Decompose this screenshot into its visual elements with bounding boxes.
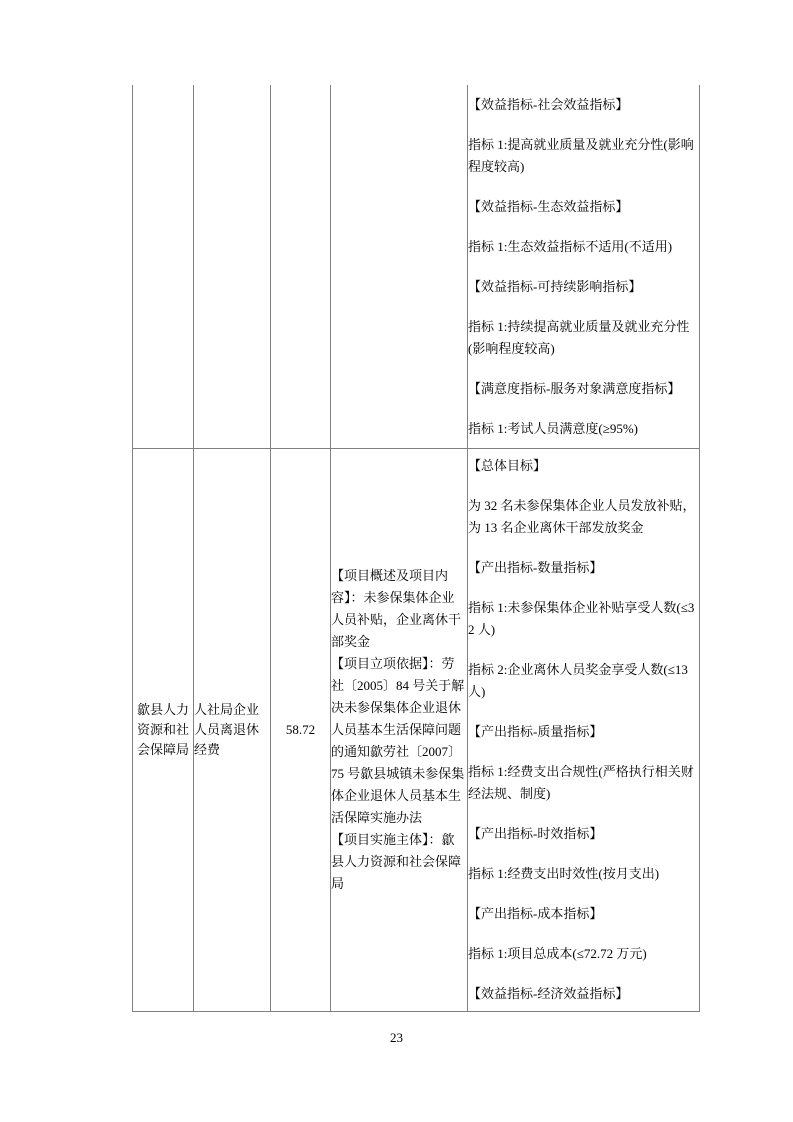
indicator-line: 指标 1:考试人员满意度(≥95%)	[468, 418, 699, 440]
indicator-line: 【产出指标-数量指标】	[468, 557, 699, 579]
indicator-line: 指标 1:项目总成本(≤72.72 万元)	[468, 943, 699, 965]
indicator-line: 指标 1:提高就业质量及就业充分性(影响程度较高)	[468, 134, 699, 178]
indicator-line: 【效益指标-社会效益指标】	[468, 94, 699, 116]
indicator-line: 指标 1:经费支出合规性(严格执行相关财经法规、制度)	[468, 761, 699, 805]
department-cell: 歙县人力资源和社会保障局	[133, 449, 194, 1012]
indicator-line: 【产出指标-质量指标】	[468, 721, 699, 743]
department-cell	[133, 85, 194, 449]
indicator-line: 指标 2:企业离休人员奖金享受人数(≤13 人)	[468, 659, 699, 703]
indicator-line: 指标 1:未参保集体企业补贴享受人数(≤32 人)	[468, 597, 699, 641]
description-line: 【项目立项依据】：劳社〔2005〕84 号关于解决未参保集体企业退休人员基本生活…	[331, 653, 467, 829]
indicator-line: 【产出指标-成本指标】	[468, 903, 699, 925]
indicator-line: 指标 1:持续提高就业质量及就业充分性(影响程度较高)	[468, 316, 699, 360]
page-number: 23	[0, 1030, 793, 1046]
amount-cell	[271, 85, 331, 449]
budget-performance-table: 【效益指标-社会效益指标】指标 1:提高就业质量及就业充分性(影响程度较高)【效…	[132, 85, 700, 1012]
project-name-cell: 人社局企业人员离退休经费	[194, 449, 271, 1012]
project-description-cell: 【项目概述及项目内容】：未参保集体企业人员补贴，企业离休干部奖金【项目立项依据】…	[331, 449, 468, 1012]
project-name-cell	[194, 85, 271, 449]
project-description-cell	[331, 85, 468, 449]
indicator-line: 【满意度指标-服务对象满意度指标】	[468, 378, 699, 400]
indicator-line: 指标 1:经费支出时效性(按月支出)	[468, 863, 699, 885]
indicator-line: 为 32 名未参保集体企业人员发放补贴，为 13 名企业离休干部发放奖金	[468, 495, 699, 539]
performance-indicators-cell: 【总体目标】为 32 名未参保集体企业人员发放补贴，为 13 名企业离休干部发放…	[468, 449, 700, 1012]
indicator-line: 【总体目标】	[468, 455, 699, 477]
indicator-line: 【效益指标-可持续影响指标】	[468, 276, 699, 298]
indicator-line: 【效益指标-生态效益指标】	[468, 196, 699, 218]
indicator-line: 指标 1:生态效益指标不适用(不适用)	[468, 236, 699, 258]
indicator-line: 【效益指标-经济效益指标】	[468, 983, 699, 1005]
amount-cell: 58.72	[271, 449, 331, 1012]
description-line: 【项目实施主体】：歙县人力资源和社会保障局	[331, 829, 467, 895]
document-page: 【效益指标-社会效益指标】指标 1:提高就业质量及就业充分性(影响程度较高)【效…	[0, 0, 793, 1122]
description-line: 【项目概述及项目内容】：未参保集体企业人员补贴，企业离休干部奖金	[331, 565, 467, 653]
table-row-project: 歙县人力资源和社会保障局 人社局企业人员离退休经费 58.72 【项目概述及项目…	[133, 449, 700, 1012]
indicator-line: 【产出指标-时效指标】	[468, 823, 699, 845]
table-row-continued: 【效益指标-社会效益指标】指标 1:提高就业质量及就业充分性(影响程度较高)【效…	[133, 85, 700, 449]
performance-indicators-cell: 【效益指标-社会效益指标】指标 1:提高就业质量及就业充分性(影响程度较高)【效…	[468, 85, 700, 449]
